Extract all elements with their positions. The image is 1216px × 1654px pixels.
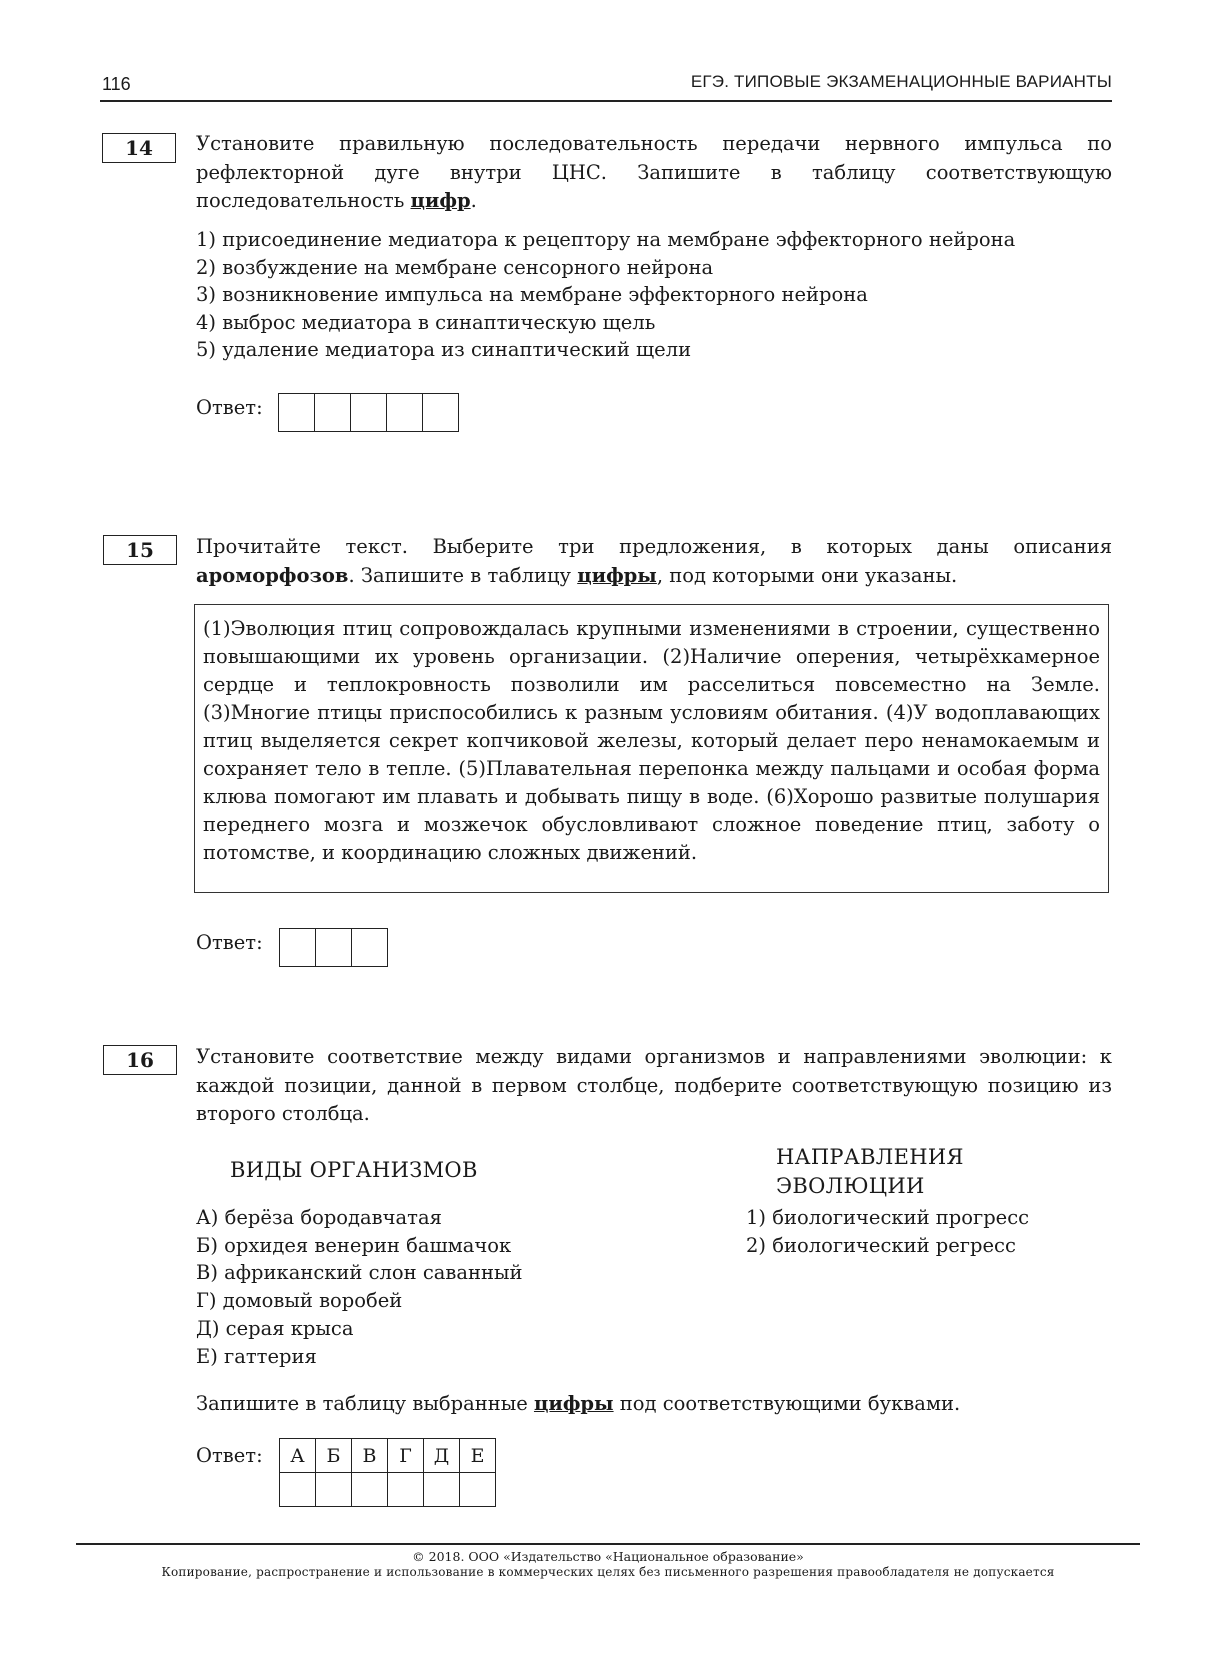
- answer-header: В: [352, 1439, 388, 1473]
- right-heading-line-1: НАПРАВЛЕНИЯ: [776, 1143, 964, 1172]
- answer-cell[interactable]: [280, 929, 316, 967]
- direction-item: 1) биологический прогресс: [746, 1204, 1029, 1232]
- instruction-emphasis: цифры: [534, 1392, 614, 1415]
- answer-grid-15: [279, 928, 388, 967]
- answer-header: А: [280, 1439, 316, 1473]
- answer-cell[interactable]: [352, 1473, 388, 1507]
- instruction-end: под соответствующими буквами.: [614, 1392, 961, 1415]
- instruction-body: Запишите в таблицу выбранные: [196, 1392, 534, 1415]
- copy-notice: Копирование, распространение и использов…: [0, 1565, 1216, 1579]
- answer-cell[interactable]: [315, 394, 351, 432]
- organism-item: А) берёза бородавчатая: [196, 1204, 523, 1232]
- right-column-heading: НАПРАВЛЕНИЯ ЭВОЛЮЦИИ: [776, 1143, 964, 1201]
- question-15-body-2: . Запишите в таблицу: [348, 564, 577, 587]
- question-16-instruction: Запишите в таблицу выбранные цифры под с…: [196, 1390, 1112, 1419]
- footer-rule: [76, 1543, 1140, 1545]
- left-column-heading: ВИДЫ ОРГАНИЗМОВ: [230, 1158, 478, 1182]
- organism-item: Е) гаттерия: [196, 1343, 523, 1371]
- option-5: 5) удаление медиатора из синаптический щ…: [196, 336, 1015, 364]
- question-15-emphasis: цифры: [577, 564, 657, 587]
- question-14-text: Установите правильную последовательность…: [196, 130, 1112, 216]
- answer-cell[interactable]: [351, 394, 387, 432]
- answer-cell[interactable]: [316, 929, 352, 967]
- page-number: 116: [102, 74, 131, 95]
- answer-label-16: Ответ:: [196, 1444, 263, 1467]
- answer-cell[interactable]: [388, 1473, 424, 1507]
- question-number-15: 15: [103, 535, 177, 565]
- header-rule: [100, 100, 1112, 102]
- question-number-16: 16: [103, 1045, 177, 1075]
- answer-cell[interactable]: [387, 394, 423, 432]
- option-1: 1) присоединение медиатора к рецептору н…: [196, 226, 1015, 254]
- question-14-options: 1) присоединение медиатора к рецептору н…: [196, 226, 1015, 364]
- question-16-text: Установите соответствие между видами орг…: [196, 1043, 1112, 1129]
- answer-header: Г: [388, 1439, 424, 1473]
- answer-header: Б: [316, 1439, 352, 1473]
- question-15-body: Прочитайте текст. Выберите три предложен…: [196, 535, 1112, 558]
- answer-grid-16: А Б В Г Д Е: [279, 1438, 496, 1507]
- question-15-passage: (1)Эволюция птиц сопровождалась крупными…: [194, 604, 1109, 893]
- right-heading-line-2: ЭВОЛЮЦИИ: [776, 1172, 964, 1201]
- answer-cell[interactable]: [352, 929, 388, 967]
- organism-item: В) африканский слон саванный: [196, 1259, 523, 1287]
- running-title: ЕГЭ. ТИПОВЫЕ ЭКЗАМЕНАЦИОННЫЕ ВАРИАНТЫ: [691, 72, 1112, 92]
- option-4: 4) выброс медиатора в синаптическую щель: [196, 309, 1015, 337]
- answer-cell[interactable]: [423, 394, 459, 432]
- answer-cell[interactable]: [279, 394, 315, 432]
- answer-cell[interactable]: [424, 1473, 460, 1507]
- organism-item: Г) домовый воробей: [196, 1287, 523, 1315]
- answer-cell[interactable]: [460, 1473, 496, 1507]
- question-15-keyword: ароморфозов: [196, 564, 348, 587]
- organism-list: А) берёза бородавчатая Б) орхидея венери…: [196, 1204, 523, 1370]
- option-3: 3) возникновение импульса на мембране эф…: [196, 281, 1015, 309]
- option-2: 2) возбуждение на мембране сенсорного не…: [196, 254, 1015, 282]
- answer-label-14: Ответ:: [196, 396, 263, 419]
- copyright: © 2018. ООО «Издательство «Национальное …: [0, 1549, 1216, 1564]
- answer-header: Е: [460, 1439, 496, 1473]
- question-14-end: .: [471, 189, 477, 212]
- answer-label-15: Ответ:: [196, 931, 263, 954]
- answer-cell[interactable]: [280, 1473, 316, 1507]
- question-15-text: Прочитайте текст. Выберите три предложен…: [196, 533, 1112, 590]
- question-15-end: , под которыми они указаны.: [657, 564, 957, 587]
- organism-item: Б) орхидея венерин башмачок: [196, 1232, 523, 1260]
- direction-list: 1) биологический прогресс 2) биологическ…: [746, 1204, 1029, 1259]
- answer-grid-14: [278, 393, 459, 432]
- question-14-emphasis: цифр: [411, 189, 471, 212]
- answer-cell[interactable]: [316, 1473, 352, 1507]
- answer-header: Д: [424, 1439, 460, 1473]
- question-number-14: 14: [102, 133, 176, 163]
- organism-item: Д) серая крыса: [196, 1315, 523, 1343]
- direction-item: 2) биологический регресс: [746, 1232, 1029, 1260]
- question-14-body: Установите правильную последовательность…: [196, 132, 1112, 212]
